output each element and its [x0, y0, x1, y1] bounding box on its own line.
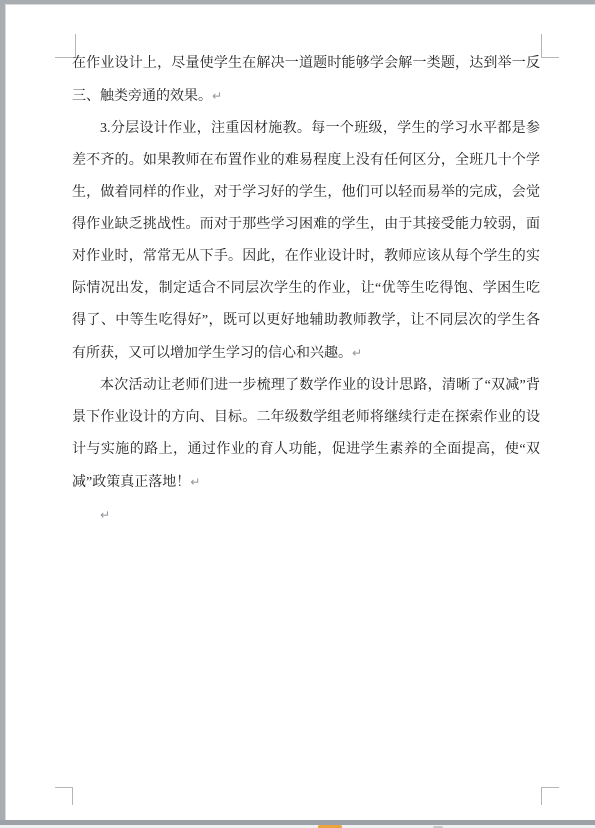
- paragraph-text[interactable]: 本次活动让老师们进一步梳理了数学作业的设计思路，清晰了“双减”背景下作业设计的方…: [72, 378, 540, 490]
- paragraph-empty[interactable]: ↵: [72, 499, 540, 532]
- paragraph-mark-icon: ↵: [212, 89, 222, 103]
- paragraph-text[interactable]: 在作业设计上，尽量使学生在解决一道题时能够学会解一类题，达到举一反三、触类旁通的…: [72, 56, 540, 104]
- crop-mark-top-right-icon: [541, 34, 559, 58]
- document-canvas: { "app": { "view_label": "print-layout-p…: [0, 0, 595, 828]
- paragraph-layered-homework[interactable]: 3.分层设计作业，注重因材施教。每一个班级，学生的学习水平都是参差不齐的。如果教…: [72, 113, 540, 370]
- paragraph-summary[interactable]: 本次活动让老师们进一步梳理了数学作业的设计思路，清晰了“双减”背景下作业设计的方…: [72, 370, 540, 499]
- document-text-area[interactable]: 在作业设计上，尽量使学生在解决一道题时能够学会解一类题，达到举一反三、触类旁通的…: [72, 48, 540, 532]
- crop-mark-bottom-left-icon: [55, 787, 73, 805]
- paragraph-mark-icon: ↵: [190, 475, 200, 489]
- paragraph-continuation[interactable]: 在作业设计上，尽量使学生在解决一道题时能够学会解一类题，达到举一反三、触类旁通的…: [72, 48, 540, 113]
- crop-mark-bottom-right-icon: [541, 787, 559, 805]
- document-page[interactable]: 在作业设计上，尽量使学生在解决一道题时能够学会解一类题，达到举一反三、触类旁通的…: [5, 4, 595, 821]
- paragraph-mark-icon: ↵: [352, 346, 362, 360]
- paragraph-text[interactable]: 3.分层设计作业，注重因材施教。每一个班级，学生的学习水平都是参差不齐的。如果教…: [72, 121, 540, 361]
- paragraph-mark-icon: ↵: [100, 508, 110, 522]
